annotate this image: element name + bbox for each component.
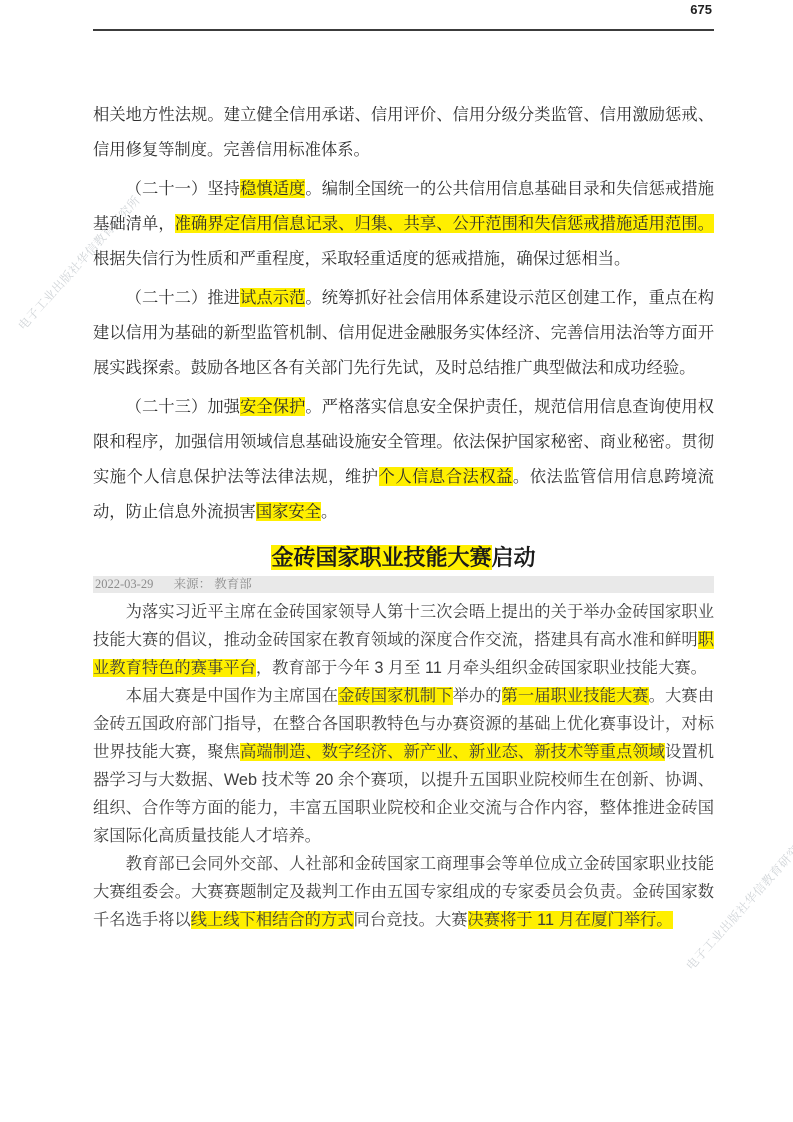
highlighted-text: 准确界定信用信息记录、归集、共享、公开范围和失信惩戒措施适用范围。 — [175, 214, 714, 233]
document-page: 675 电子工业出版社华信教育研究所 电子工业出版社华信教育研究所 相关地方性法… — [0, 0, 793, 1122]
highlighted-text: 金砖国家机制下 — [338, 687, 452, 705]
text-run: 。 — [321, 502, 337, 521]
article-source-label: 来源： — [174, 577, 212, 591]
article-source: 教育部 — [214, 577, 252, 591]
policy-section: 相关地方性法规。建立健全信用承诺、信用评价、信用分级分类监管、信用激励惩戒、信用… — [93, 0, 714, 529]
text-run: 举办的 — [453, 687, 502, 705]
highlighted-text: 试点示范 — [240, 288, 305, 307]
text-run: 为落实习近平主席在金砖国家领导人第十三次会晤上提出的关于举办金砖国家职业技能大赛… — [93, 603, 714, 649]
highlighted-text: 国家安全 — [256, 502, 321, 521]
article-paragraph: 教育部已会同外交部、人社部和金砖国家工商理事会等单位成立金砖国家职业技能大赛组委… — [93, 850, 714, 934]
highlighted-text: 第一届职业技能大赛 — [502, 687, 649, 705]
policy-paragraph: （二十三）加强安全保护。严格落实信息安全保护责任，规范信用信息查询使用权限和程序… — [93, 389, 714, 529]
article-title: 金砖国家职业技能大赛启动 — [93, 543, 714, 573]
policy-paragraph: 相关地方性法规。建立健全信用承诺、信用评价、信用分级分类监管、信用激励惩戒、信用… — [93, 97, 714, 167]
highlighted-text: 高端制造、数字经济、新产业、新业态、新技术等重点领域 — [240, 743, 665, 761]
highlighted-text: 安全保护 — [240, 397, 305, 416]
text-run: ，教育部于今年 3 月至 11 月牵头组织金砖国家职业技能大赛。 — [256, 659, 707, 677]
text-run: 同台竞技。大赛 — [354, 911, 468, 929]
text-run: 启动 — [492, 545, 536, 570]
text-run: 根据失信行为性质和严重程度，采取轻重适度的惩戒措施，确保过惩相当。 — [93, 249, 630, 268]
highlighted-text: 决赛将于 11 月在厦门举行。 — [468, 911, 673, 929]
content-column: 相关地方性法规。建立健全信用承诺、信用评价、信用分级分类监管、信用激励惩戒、信用… — [93, 0, 714, 934]
article-body: 为落实习近平主席在金砖国家领导人第十三次会晤上提出的关于举办金砖国家职业技能大赛… — [93, 598, 714, 934]
article-paragraph: 为落实习近平主席在金砖国家领导人第十三次会晤上提出的关于举办金砖国家职业技能大赛… — [93, 598, 714, 682]
policy-paragraph: （二十一）坚持稳慎适度。编制全国统一的公共信用信息基础目录和失信惩戒措施基础清单… — [93, 171, 714, 276]
text-run: 相关地方性法规。建立健全信用承诺、信用评价、信用分级分类监管、信用激励惩戒、信用… — [93, 105, 714, 159]
text-run: （二十二）推进 — [126, 288, 240, 307]
policy-paragraph: （二十二）推进试点示范。统筹抓好社会信用体系建设示范区创建工作，重点在构建以信用… — [93, 280, 714, 385]
text-run: （二十三）加强 — [126, 397, 240, 416]
text-run: 本届大赛是中国作为主席国在 — [126, 687, 338, 705]
highlighted-text: 个人信息合法权益 — [379, 467, 513, 486]
article-meta-bar: 2022-03-29 来源： 教育部 — [93, 576, 714, 593]
highlighted-text: 线上线下相结合的方式 — [191, 911, 354, 929]
highlighted-text: 金砖国家职业技能大赛 — [271, 545, 491, 570]
article-paragraph: 本届大赛是中国作为主席国在金砖国家机制下举办的第一届职业技能大赛。大赛由金砖五国… — [93, 682, 714, 850]
text-run: （二十一）坚持 — [126, 179, 240, 198]
highlighted-text: 稳慎适度 — [240, 179, 305, 198]
article-date: 2022-03-29 — [95, 577, 153, 591]
